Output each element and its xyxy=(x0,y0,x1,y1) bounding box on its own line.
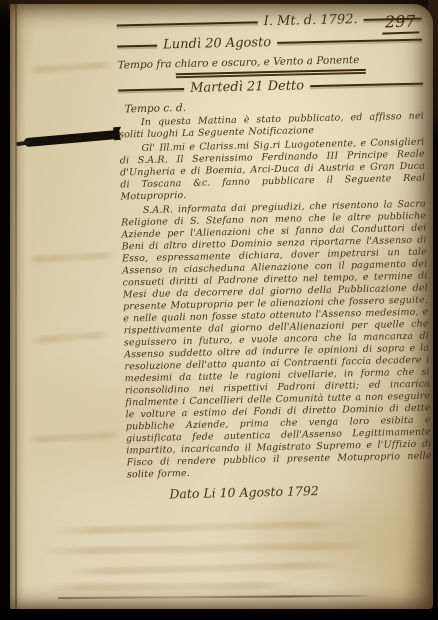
bleedthrough-ghost-margin xyxy=(26,432,121,444)
bleedthrough-ghost-line xyxy=(40,542,370,555)
bleedthrough-ghost-line xyxy=(65,561,345,575)
monday-heading-row: Lundì 20 Agosto xyxy=(117,32,422,54)
manuscript-page: 297 I. Mt. d. 1792. Lundì 20 Agosto Temp… xyxy=(10,4,433,609)
tuesday-date-heading: Martedì 21 Detto xyxy=(190,78,304,96)
officials-paragraph: Gl' Ill.mi e Clariss.mi Sig.ri Luogotene… xyxy=(119,137,425,204)
year-heading: I. Mt. d. 1792. xyxy=(263,12,357,29)
flourish-rule xyxy=(364,17,422,20)
page-gutter-crease xyxy=(15,4,17,609)
flourish-rule xyxy=(117,21,258,26)
monday-weather-line: Tempo fra chiaro e oscuro, e Vento a Pon… xyxy=(117,53,422,72)
bleedthrough-ghost-margin xyxy=(30,331,110,345)
bleedthrough-ghost-line xyxy=(50,520,350,535)
flourish-rule xyxy=(117,44,157,47)
manuscript-photo: 297 I. Mt. d. 1792. Lundì 20 Agosto Temp… xyxy=(0,0,438,620)
monday-date-heading: Lundì 20 Agosto xyxy=(163,35,271,52)
bleedthrough-ghost-line xyxy=(45,582,295,591)
flourish-rule xyxy=(118,88,184,91)
flourish-rule xyxy=(310,82,423,87)
margin-inked-out-note xyxy=(24,130,120,147)
tuesday-heading-row: Martedì 21 Detto xyxy=(118,76,423,98)
dateline: Dato Li 10 Agosto 1792 xyxy=(169,480,432,501)
motuproprio-body-paragraph: S.A.R. informata dai pregiudizi, che ris… xyxy=(121,199,432,482)
flourish-double-rule xyxy=(175,69,365,75)
bleedthrough-ghost-margin xyxy=(26,252,116,264)
bleedthrough-ghost-margin xyxy=(28,61,113,74)
year-heading-row: I. Mt. d. 1792. xyxy=(117,11,422,33)
manuscript-text-block: I. Mt. d. 1792. Lundì 20 Agosto Tempo fr… xyxy=(117,11,433,503)
flourish-rule xyxy=(277,38,422,43)
bottom-ink-smudge xyxy=(58,595,368,599)
